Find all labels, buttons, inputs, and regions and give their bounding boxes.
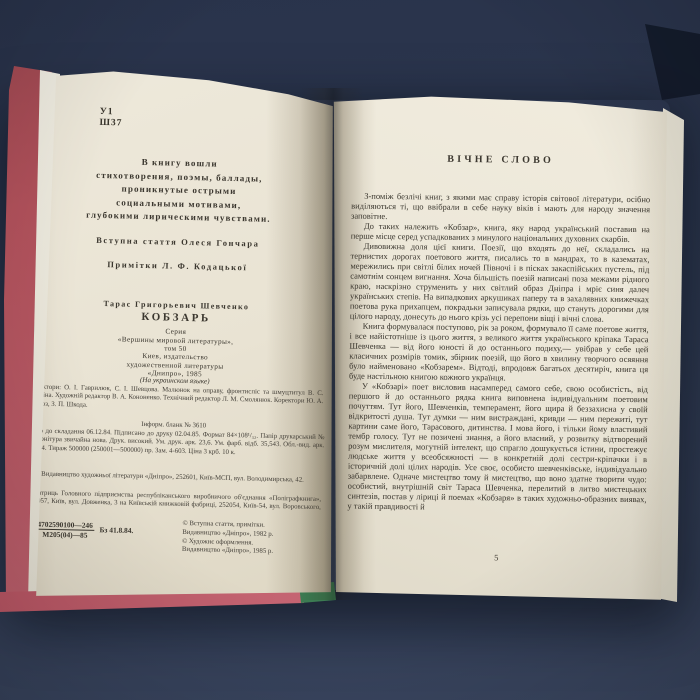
left-page-content: У1 Ш37 В книгу вошли стихотворения, поэм… — [11, 61, 341, 608]
editors-paragraph: Редактори: О. І. Гаврилюк, С. І. Шевцова… — [29, 383, 323, 415]
library-call-number: У1 Ш37 — [99, 107, 122, 130]
notes-credit: Примітки Л. Ф. Кодацької — [36, 258, 318, 274]
call-number-line: Ш37 — [99, 118, 122, 130]
essay-paragraph: Дивовижна доля цієї книги. Поезії, що вх… — [350, 241, 650, 325]
right-page-content: ВІЧНЕ СЛОВО З-поміж безлічі книг, з яким… — [324, 90, 674, 610]
catalog-suffix: Бз 41.8.84. — [100, 525, 134, 535]
annotation-block: В книгу вошли стихотворения, поэмы, балл… — [37, 154, 320, 228]
imprint-paragraph: Здано до складання 06.12.84. Підписано д… — [26, 427, 324, 459]
catalog-denominator: М205(04)—85 — [35, 530, 95, 540]
call-number-line: У1 — [100, 107, 123, 119]
essay-paragraph: Книга формувалася поступово, рік за роко… — [349, 321, 649, 385]
essay-heading: ВІЧНЕ СЛОВО — [350, 153, 652, 168]
left-page: У1 Ш37 В книгу вошли стихотворения, поэм… — [18, 64, 336, 604]
essay-text: З-поміж безлічі книг, з якими має справу… — [347, 191, 650, 515]
page-number: 5 — [347, 551, 646, 565]
publisher-address: Видавництво художньої літератури «Дніпро… — [31, 470, 313, 485]
book-photo: У1 Ш37 В книгу вошли стихотворения, поэм… — [0, 0, 700, 700]
essay-paragraph: З-поміж безлічі книг, з якими має справу… — [351, 191, 650, 225]
copyright-block: © Вступна стаття, примітки. Видавництво … — [182, 520, 335, 559]
right-page: ВІЧНЕ СЛОВО З-поміж безлічі книг, з яким… — [328, 92, 672, 608]
intro-credit: Вступна стаття Олеся Гончара — [37, 234, 319, 250]
catalog-fraction: 4702590100—246М205(04)—85 — [35, 520, 95, 540]
printer-paragraph: З матриць Головного підприємства республ… — [27, 489, 321, 521]
essay-paragraph: У «Кобзарі» поет висловив насамперед сам… — [347, 381, 648, 515]
